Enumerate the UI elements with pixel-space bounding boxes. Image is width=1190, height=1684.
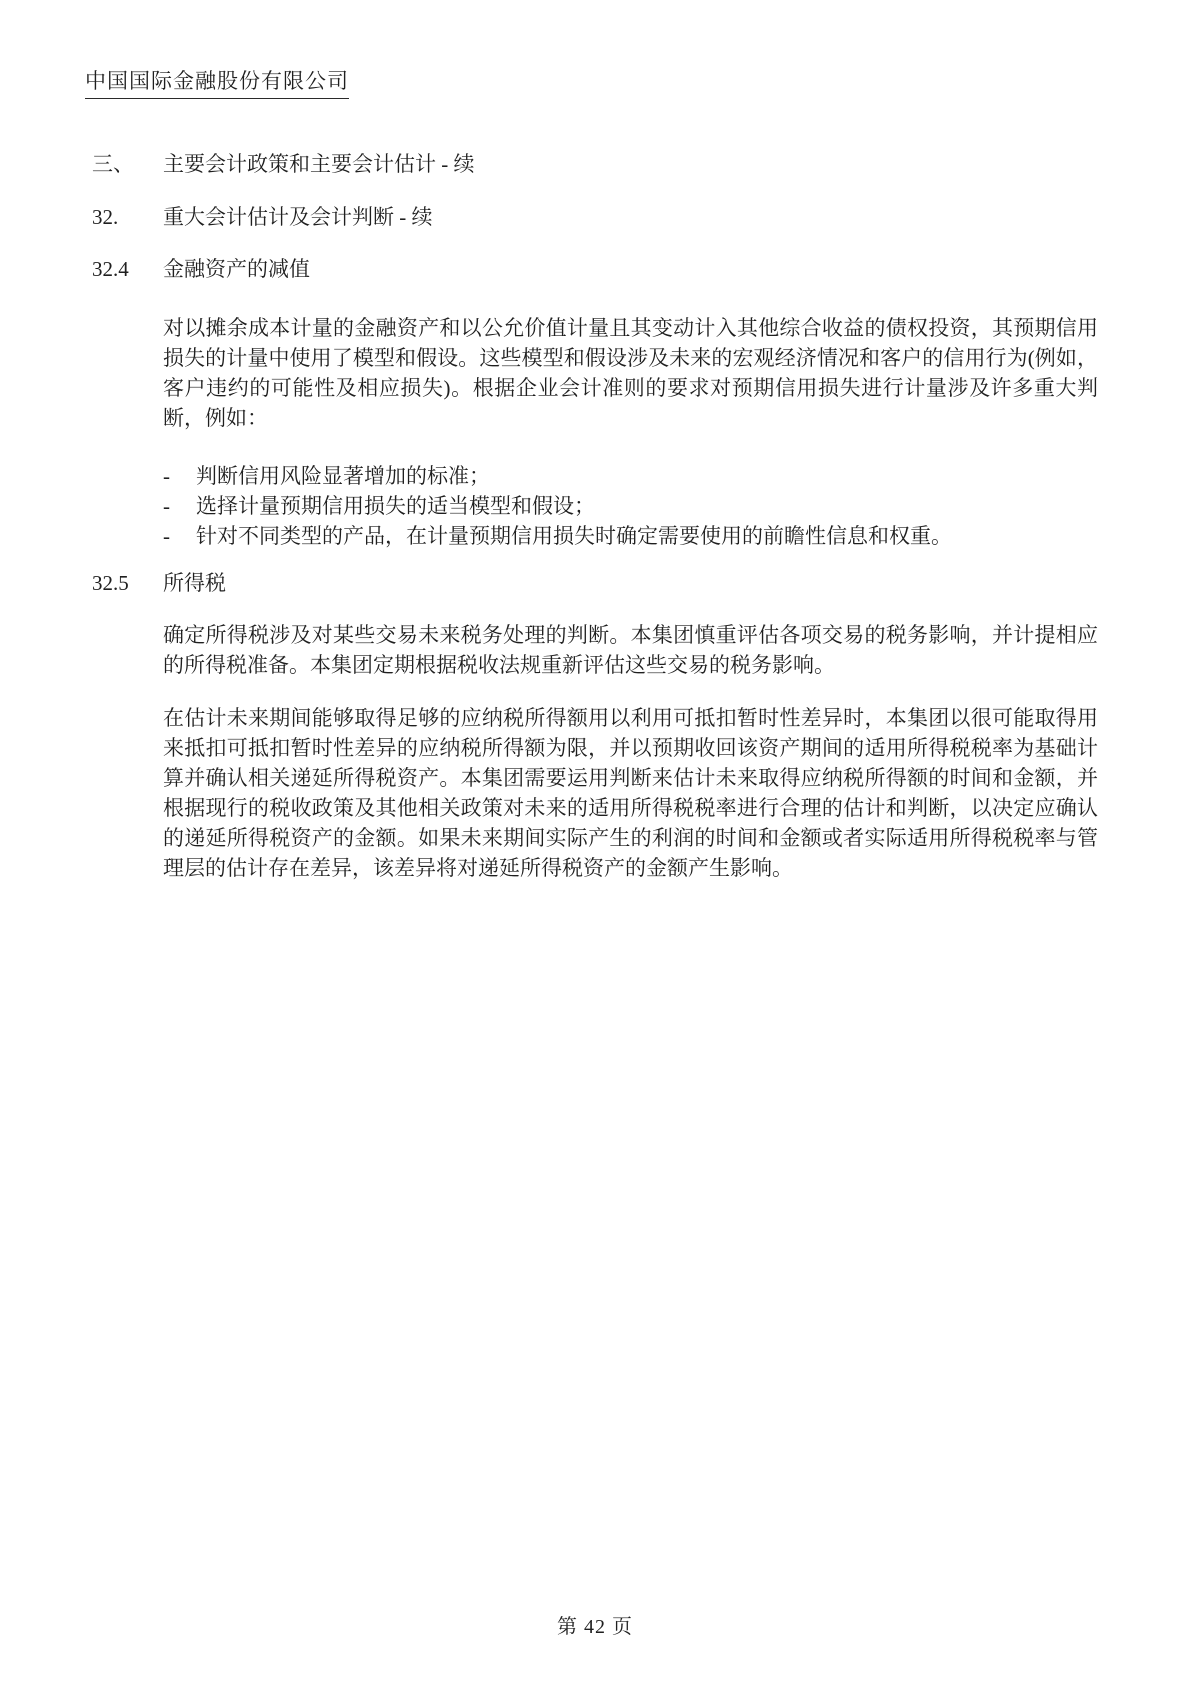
paragraph-income-tax-2: 在估计未来期间能够取得足够的应纳税所得额用以利用可抵扣暂时性差异时，本集团以很可… bbox=[163, 703, 1098, 883]
document-header: 中国国际金融股份有限公司 bbox=[85, 66, 1098, 99]
bullet-text-forward-looking-info: 针对不同类型的产品，在计量预期信用损失时确定需要使用的前瞻性信息和权重。 bbox=[196, 521, 1098, 551]
bullet-dash-marker: - bbox=[163, 461, 196, 491]
heading-note-32-5-number: 32.5 bbox=[92, 568, 163, 598]
heading-note-32: 32. 重大会计估计及会计判断 - 续 bbox=[92, 202, 1098, 232]
list-item: - 选择计量预期信用损失的适当模型和假设； bbox=[163, 491, 1098, 521]
bullet-list-judgements: - 判断信用风险显著增加的标准； - 选择计量预期信用损失的适当模型和假设； -… bbox=[163, 461, 1098, 551]
heading-note-32-4: 32.4 金融资产的减值 bbox=[92, 254, 1098, 284]
paragraph-income-tax-1: 确定所得税涉及对某些交易未来税务处理的判断。本集团慎重评估各项交易的税务影响，并… bbox=[163, 620, 1098, 680]
heading-note-32-5-title: 所得税 bbox=[163, 568, 1098, 598]
heading-major-section: 三、 主要会计政策和主要会计估计 - 续 bbox=[92, 149, 1098, 179]
company-name: 中国国际金融股份有限公司 bbox=[85, 66, 349, 99]
heading-note-32-number: 32. bbox=[92, 202, 163, 232]
heading-note-32-4-number: 32.4 bbox=[92, 254, 163, 284]
page-footer: 第 42 页 bbox=[0, 1612, 1190, 1642]
heading-note-32-4-title: 金融资产的减值 bbox=[163, 254, 1098, 284]
page-number: 第 42 页 bbox=[557, 1616, 633, 1638]
list-item: - 针对不同类型的产品，在计量预期信用损失时确定需要使用的前瞻性信息和权重。 bbox=[163, 521, 1098, 551]
paragraph-impairment-intro: 对以摊余成本计量的金融资产和以公允价值计量且其变动计入其他综合收益的债权投资，其… bbox=[163, 313, 1098, 433]
heading-major-number: 三、 bbox=[92, 149, 163, 179]
document-page: 中国国际金融股份有限公司 三、 主要会计政策和主要会计估计 - 续 32. 重大… bbox=[0, 0, 1190, 1684]
heading-note-32-title: 重大会计估计及会计判断 - 续 bbox=[163, 202, 1098, 232]
bullet-dash-marker: - bbox=[163, 521, 196, 551]
bullet-text-credit-risk: 判断信用风险显著增加的标准； bbox=[196, 461, 1098, 491]
heading-major-title: 主要会计政策和主要会计估计 - 续 bbox=[163, 149, 1098, 179]
bullet-text-model-assumptions: 选择计量预期信用损失的适当模型和假设； bbox=[196, 491, 1098, 521]
bullet-dash-marker: - bbox=[163, 491, 196, 521]
heading-note-32-5: 32.5 所得税 bbox=[92, 568, 1098, 598]
list-item: - 判断信用风险显著增加的标准； bbox=[163, 461, 1098, 491]
